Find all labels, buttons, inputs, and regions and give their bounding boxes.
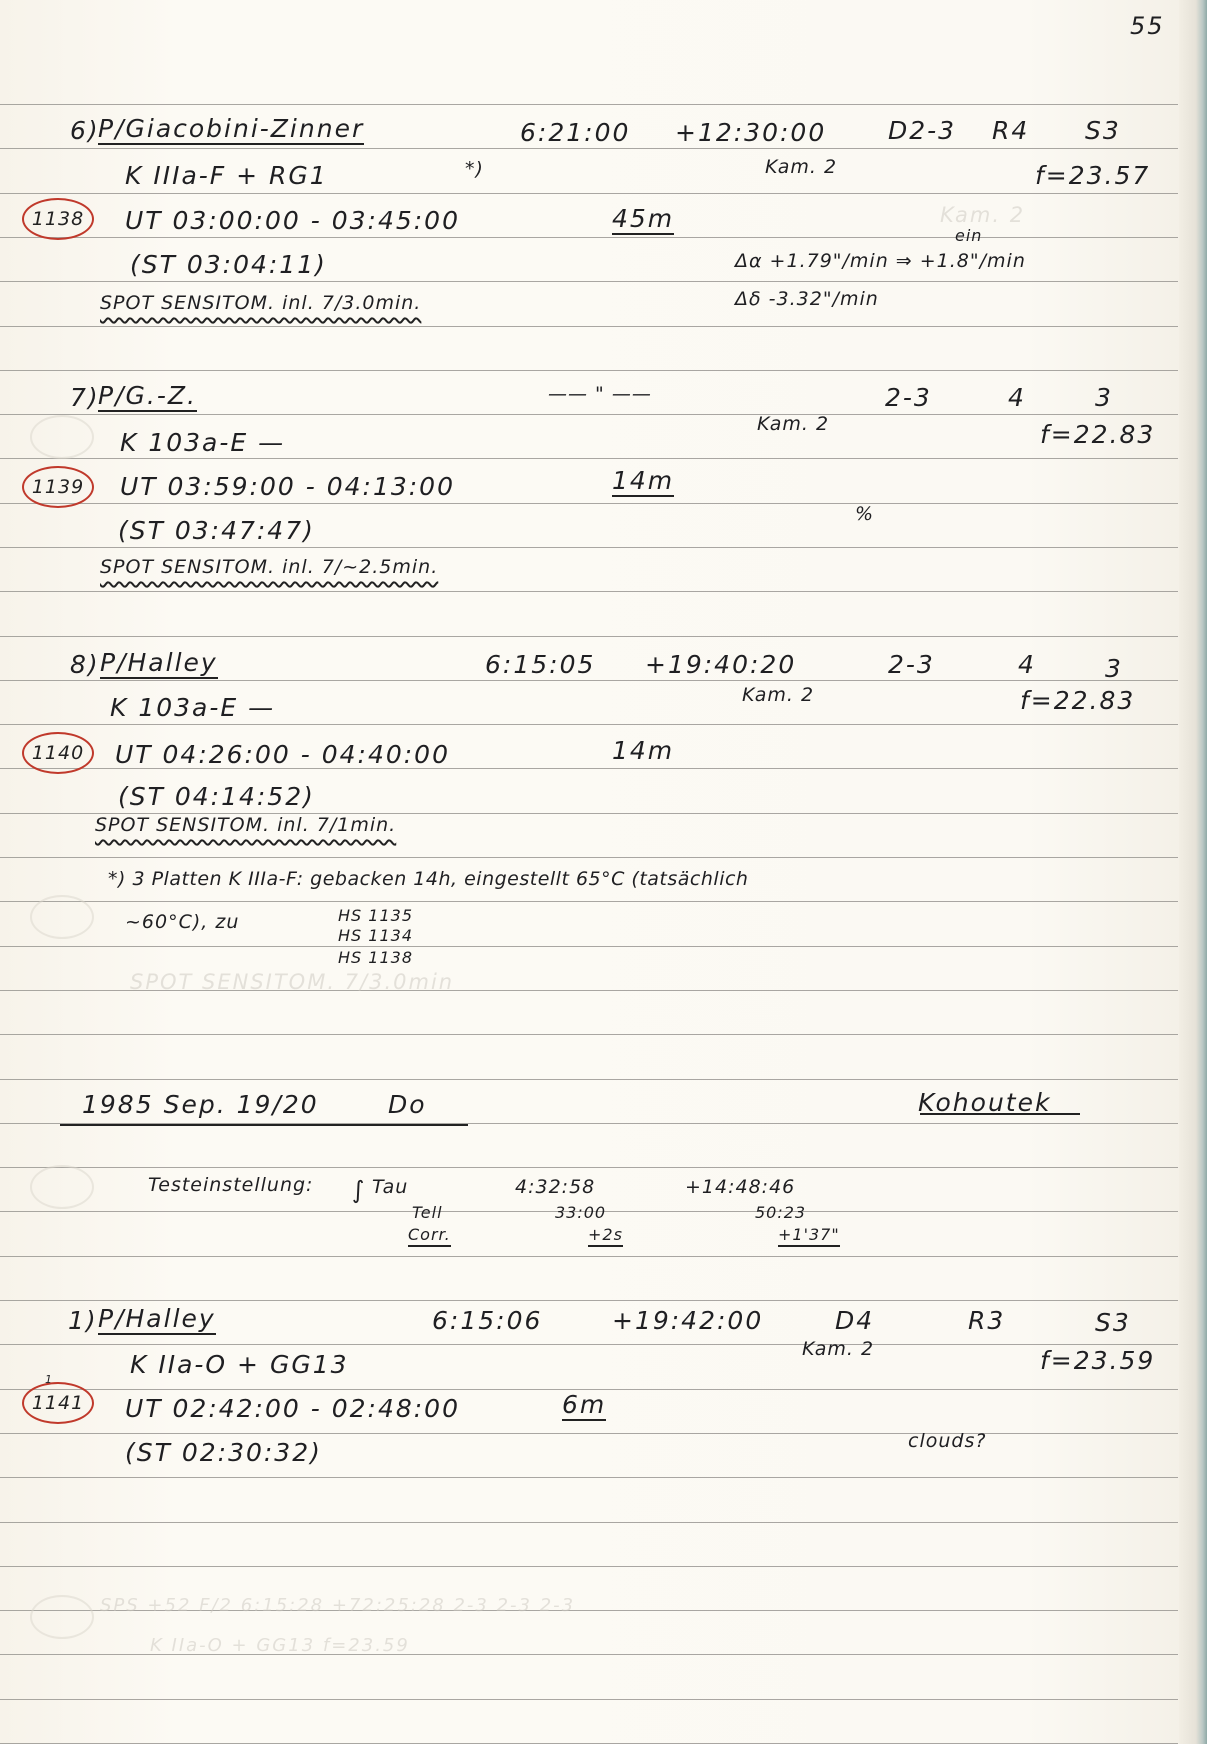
entry-index: 1) bbox=[68, 1308, 98, 1333]
page-edge bbox=[1179, 0, 1207, 1744]
spot-sensitometer: SPOT SENSITOM. inl. 7/3.0min. bbox=[100, 294, 421, 313]
object-name: P/G.-Z. bbox=[98, 383, 197, 412]
entry-index: 7) bbox=[70, 385, 100, 410]
ra: 6:15:06 bbox=[432, 1308, 542, 1333]
cal-row-ra: 33:00 bbox=[555, 1205, 606, 1221]
footnote-line-2: ~60°C), zu bbox=[125, 913, 239, 932]
ruled-line bbox=[0, 458, 1178, 459]
rate-alpha: Δα +1.79"/min ⇒ +1.8"/min bbox=[735, 252, 1026, 271]
ruled-line bbox=[0, 281, 1178, 282]
ruled-line bbox=[0, 193, 1178, 194]
ruled-line bbox=[0, 104, 1178, 105]
ruled-line bbox=[0, 591, 1178, 592]
plate-number-circle: 1140 bbox=[22, 732, 94, 774]
sidereal-time: (ST 04:14:52) bbox=[118, 784, 315, 809]
entry-index: 8) bbox=[70, 652, 100, 677]
exposure: 6m bbox=[562, 1392, 606, 1421]
cal-row-dec: +14:48:46 bbox=[685, 1178, 795, 1197]
emulsion: K IIIa-F + RG1 bbox=[125, 163, 328, 188]
emulsion: K 103a-E — bbox=[110, 695, 275, 720]
ruled-line bbox=[0, 1566, 1178, 1567]
brace-icon: ∫ bbox=[352, 1178, 366, 1202]
ruled-line bbox=[0, 1522, 1178, 1523]
ruled-line bbox=[0, 946, 1178, 947]
sidereal-time: (ST 03:04:11) bbox=[130, 252, 327, 277]
object-name: P/Halley bbox=[100, 650, 218, 679]
camera: Kam. 2 bbox=[802, 1340, 874, 1359]
seeing-s: 3 bbox=[1095, 385, 1113, 410]
ut-range: UT 04:26:00 - 04:40:00 bbox=[115, 742, 450, 767]
ruled-line bbox=[0, 547, 1178, 548]
dec: +19:42:00 bbox=[612, 1308, 763, 1333]
ruled-line bbox=[0, 326, 1178, 327]
focus: f=23.59 bbox=[1040, 1348, 1155, 1373]
note: clouds? bbox=[908, 1432, 986, 1451]
ruled-line bbox=[0, 1699, 1178, 1700]
cal-row-name: Corr. bbox=[408, 1227, 451, 1247]
footnote-plate: HS 1134 bbox=[338, 928, 413, 944]
calibration-label: Testeinstellung: bbox=[148, 1176, 313, 1195]
rate-delta: Δδ -3.32"/min bbox=[735, 290, 879, 309]
page-number: 55 bbox=[1130, 14, 1165, 38]
cal-row-dec: 50:23 bbox=[755, 1205, 806, 1221]
plate-number-circle: 1138 bbox=[22, 198, 94, 240]
camera: Kam. 2 bbox=[742, 686, 814, 705]
sidereal-time: (ST 03:47:47) bbox=[118, 518, 315, 543]
ra: 6:21:00 bbox=[520, 120, 630, 145]
ruled-line bbox=[0, 503, 1178, 504]
seeing-d: D2-3 bbox=[888, 118, 956, 143]
rate-note: ein bbox=[955, 228, 982, 244]
ruled-line bbox=[0, 1034, 1178, 1035]
exposure: 14m bbox=[612, 738, 674, 763]
emulsion: K 103a-E — bbox=[120, 430, 285, 455]
seeing-d: D4 bbox=[835, 1308, 874, 1333]
seeing-s: S3 bbox=[1085, 118, 1121, 143]
ruled-line bbox=[0, 1433, 1178, 1434]
ruled-line bbox=[0, 680, 1178, 681]
note: % bbox=[855, 505, 874, 524]
ruled-line bbox=[0, 724, 1178, 725]
spot-sensitometer: SPOT SENSITOM. inl. 7/~2.5min. bbox=[100, 558, 438, 577]
exposure: 45m bbox=[612, 206, 674, 235]
ruled-line bbox=[0, 237, 1178, 238]
weekday: Do bbox=[388, 1092, 427, 1117]
ra: 6:15:05 bbox=[485, 652, 595, 677]
ruled-line bbox=[0, 1256, 1178, 1257]
cal-row-dec: +1'37" bbox=[778, 1227, 840, 1247]
entry-index: 6) bbox=[70, 118, 100, 143]
ruled-line bbox=[0, 1344, 1178, 1345]
spot-sensitometer: SPOT SENSITOM. inl. 7/1min. bbox=[95, 816, 396, 835]
ut-range: UT 03:00:00 - 03:45:00 bbox=[125, 208, 460, 233]
observer-underline bbox=[920, 1113, 1080, 1115]
focus: f=22.83 bbox=[1040, 422, 1155, 447]
object-name: P/Halley bbox=[98, 1306, 216, 1335]
plate-correction: 1 bbox=[45, 1374, 53, 1385]
notebook-page: Kam. 2 SPOT SENSITOM. 7/3.0min SPS +52 F… bbox=[0, 0, 1207, 1744]
seeing-r: R4 bbox=[992, 118, 1029, 143]
focus: f=22.83 bbox=[1020, 688, 1135, 713]
seeing-r: R3 bbox=[968, 1308, 1005, 1333]
seeing-r: 4 bbox=[1018, 652, 1036, 677]
seeing-s: 3 bbox=[1105, 656, 1123, 681]
ruled-line bbox=[0, 1477, 1178, 1478]
ruled-line bbox=[0, 857, 1178, 858]
footnote-plate: HS 1138 bbox=[338, 950, 413, 966]
plate-number-circle: 1139 bbox=[22, 466, 94, 508]
seeing-s: S3 bbox=[1095, 1310, 1131, 1335]
seeing-d: 2-3 bbox=[888, 652, 935, 677]
night-date: 1985 Sep. 19/20 bbox=[82, 1092, 319, 1117]
cal-row-ra: 4:32:58 bbox=[515, 1178, 595, 1197]
seeing-d: 2-3 bbox=[885, 385, 932, 410]
object-name: P/Giacobini-Zinner bbox=[98, 116, 364, 145]
focus: f=23.57 bbox=[1035, 163, 1150, 188]
footnote-plate: HS 1135 bbox=[338, 908, 413, 924]
ut-range: UT 02:42:00 - 02:48:00 bbox=[125, 1396, 460, 1421]
observer: Kohoutek bbox=[918, 1090, 1051, 1115]
ruled-line bbox=[0, 1167, 1178, 1168]
ut-range: UT 03:59:00 - 04:13:00 bbox=[120, 474, 455, 499]
ruled-line bbox=[0, 1300, 1178, 1301]
dec: +12:30:00 bbox=[675, 120, 826, 145]
ruled-line bbox=[0, 414, 1178, 415]
cal-row-ra: +2s bbox=[588, 1227, 623, 1247]
plate-number-circle: 1141 bbox=[22, 1382, 94, 1424]
camera: Kam. 2 bbox=[757, 415, 829, 434]
footnote-mark: *) bbox=[465, 160, 484, 179]
exposure: 14m bbox=[612, 468, 674, 497]
emulsion: K IIa-O + GG13 bbox=[130, 1352, 349, 1377]
ruled-line bbox=[0, 148, 1178, 149]
ruled-line bbox=[0, 370, 1178, 371]
dec: +19:40:20 bbox=[645, 652, 796, 677]
footnote-line-1: *) 3 Platten K IIIa-F: gebacken 14h, ein… bbox=[108, 870, 748, 889]
sidereal-time: (ST 02:30:32) bbox=[125, 1440, 322, 1465]
date-underline bbox=[60, 1124, 468, 1126]
camera: Kam. 2 bbox=[765, 158, 837, 177]
cal-row-name: Tau bbox=[372, 1178, 408, 1197]
ruled-line bbox=[0, 901, 1178, 902]
ditto-mark: —— " —— bbox=[548, 385, 652, 404]
ruled-line bbox=[0, 636, 1178, 637]
seeing-r: 4 bbox=[1008, 385, 1026, 410]
ruled-line bbox=[0, 1079, 1178, 1080]
cal-row-name: Tell bbox=[412, 1205, 443, 1221]
